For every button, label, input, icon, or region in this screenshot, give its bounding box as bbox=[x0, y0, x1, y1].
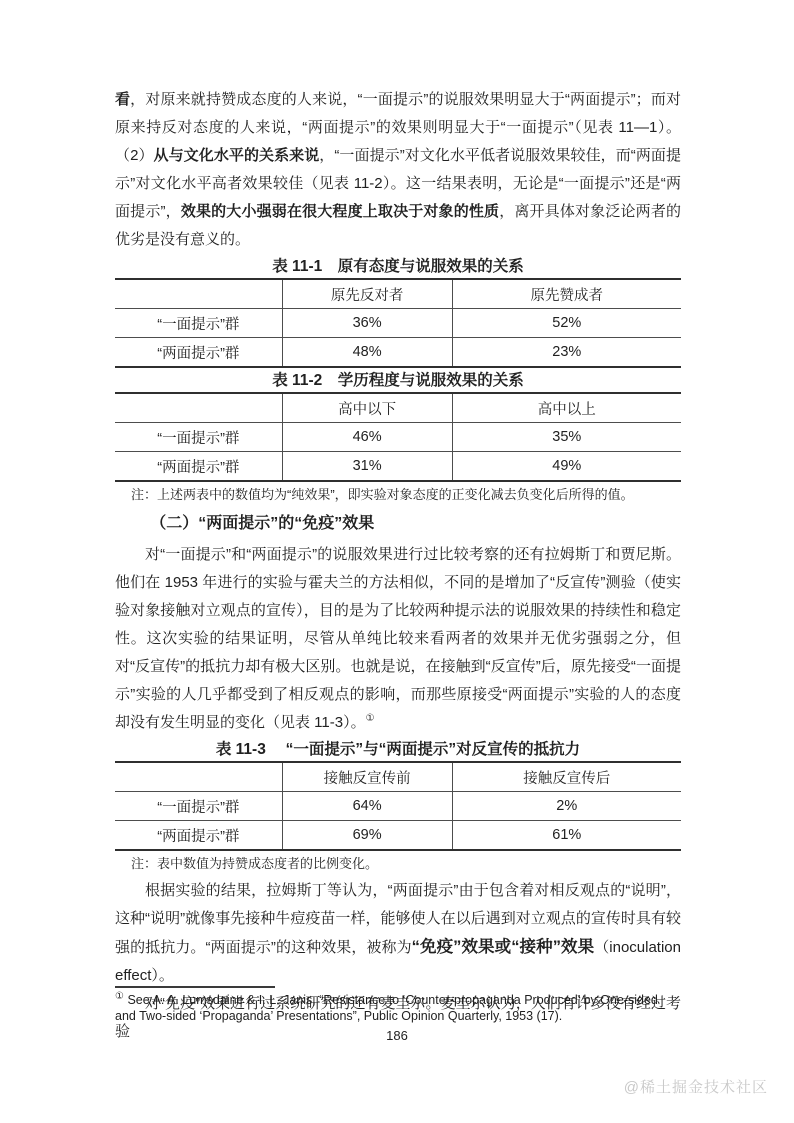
paragraph-2: 对“一面提示”和“两面提示”的说服效果进行过比较考察的还有拉姆斯丁和贾尼斯。他们… bbox=[115, 541, 681, 737]
table-value-cell: 61% bbox=[452, 821, 681, 851]
footnote-reference-marker: ① bbox=[366, 713, 375, 724]
paragraph-1: 看，对原来就持赞成态度的人来说，“一面提示”的说服效果明显大于“两面提示”；而对… bbox=[115, 86, 681, 254]
text-column: 看，对原来就持赞成态度的人来说，“一面提示”的说服效果明显大于“两面提示”；而对… bbox=[115, 86, 681, 1046]
table-value-cell: 52% bbox=[452, 309, 681, 338]
paragraph-3-key-term: “免疫”效果或“接种”效果 bbox=[412, 938, 595, 956]
footnote: ① See A. A. Lumsdaine & I. L. Janis, “Re… bbox=[115, 993, 681, 1024]
table-header-row: 高中以下 高中以上 bbox=[115, 393, 681, 423]
footnote-text: See A. A. Lumsdaine & I. L. Janis, “Resi… bbox=[115, 993, 658, 1023]
table-row: “两面提示”群 48% 23% bbox=[115, 338, 681, 368]
table-header-cell bbox=[115, 393, 282, 423]
table-value-cell: 35% bbox=[452, 423, 681, 452]
table-header-cell bbox=[115, 279, 282, 309]
table-value-cell: 36% bbox=[282, 309, 452, 338]
table-row-label: “一面提示”群 bbox=[115, 792, 282, 821]
footnote-marker: ① bbox=[115, 991, 124, 1002]
table-header-cell: 接触反宣传后 bbox=[452, 762, 681, 792]
table-row: “一面提示”群 46% 35% bbox=[115, 423, 681, 452]
table-11-3-caption: 表 11-3 “一面提示”与“两面提示”对反宣传的抵抗力 bbox=[115, 739, 681, 760]
section-heading: （二）“两面提示”的“免疫”效果 bbox=[115, 513, 681, 535]
table-value-cell: 69% bbox=[282, 821, 452, 851]
table-header-cell: 接触反宣传前 bbox=[282, 762, 452, 792]
table-value-cell: 2% bbox=[452, 792, 681, 821]
paragraph-1-bold-phrase: 效果的大小强弱在很大程度上取决于对象的性质 bbox=[181, 203, 499, 220]
paragraph-1-bold-phrase: 从与文化水平的关系来说 bbox=[154, 147, 320, 164]
table-header-row: 接触反宣传前 接触反宣传后 bbox=[115, 762, 681, 792]
footnote-area: ① See A. A. Lumsdaine & I. L. Janis, “Re… bbox=[115, 986, 681, 1024]
paragraph-1-bold-lead: 看 bbox=[115, 91, 130, 108]
footnote-separator bbox=[115, 986, 275, 988]
table-header-cell: 高中以上 bbox=[452, 393, 681, 423]
table-row-label: “两面提示”群 bbox=[115, 338, 282, 368]
table-row-label: “两面提示”群 bbox=[115, 821, 282, 851]
table-row: “两面提示”群 69% 61% bbox=[115, 821, 681, 851]
table-11-2-caption: 表 11-2 学历程度与说服效果的关系 bbox=[115, 370, 681, 391]
table-header-cell: 原先赞成者 bbox=[452, 279, 681, 309]
table-header-cell bbox=[115, 762, 282, 792]
watermark: @稀土掘金技术社区 bbox=[624, 1076, 768, 1097]
document-page: 看，对原来就持赞成态度的人来说，“一面提示”的说服效果明显大于“两面提示”；而对… bbox=[0, 0, 794, 1123]
table-11-1: 原先反对者 原先赞成者 “一面提示”群 36% 52% “两面提示”群 48% … bbox=[115, 278, 681, 368]
table-11-1-caption: 表 11-1 原有态度与说服效果的关系 bbox=[115, 256, 681, 277]
table-value-cell: 46% bbox=[282, 423, 452, 452]
table-row-label: “一面提示”群 bbox=[115, 423, 282, 452]
table-11-3: 接触反宣传前 接触反宣传后 “一面提示”群 64% 2% “两面提示”群 69%… bbox=[115, 761, 681, 851]
table-value-cell: 64% bbox=[282, 792, 452, 821]
table-note: 注：表中数值为持赞成态度者的比例变化。 bbox=[115, 855, 681, 873]
table-row: “一面提示”群 64% 2% bbox=[115, 792, 681, 821]
table-row-label: “一面提示”群 bbox=[115, 309, 282, 338]
table-value-cell: 23% bbox=[452, 338, 681, 368]
table-11-2: 高中以下 高中以上 “一面提示”群 46% 35% “两面提示”群 31% 49… bbox=[115, 392, 681, 482]
table-value-cell: 48% bbox=[282, 338, 452, 368]
table-value-cell: 49% bbox=[452, 452, 681, 482]
table-header-cell: 原先反对者 bbox=[282, 279, 452, 309]
paragraph-3: 根据实验的结果，拉姆斯丁等认为，“两面提示”由于包含着对相反观点的“说明”，这种… bbox=[115, 877, 681, 990]
table-header-cell: 高中以下 bbox=[282, 393, 452, 423]
table-note: 注：上述两表中的数值均为“纯效果”，即实验对象态度的正变化减去负变化后所得的值。 bbox=[115, 486, 681, 504]
paragraph-2-text: 对“一面提示”和“两面提示”的说服效果进行过比较考察的还有拉姆斯丁和贾尼斯。他们… bbox=[115, 546, 681, 731]
table-row: “两面提示”群 31% 49% bbox=[115, 452, 681, 482]
page-number: 186 bbox=[0, 1028, 794, 1043]
table-row: “一面提示”群 36% 52% bbox=[115, 309, 681, 338]
table-value-cell: 31% bbox=[282, 452, 452, 482]
table-row-label: “两面提示”群 bbox=[115, 452, 282, 482]
table-header-row: 原先反对者 原先赞成者 bbox=[115, 279, 681, 309]
